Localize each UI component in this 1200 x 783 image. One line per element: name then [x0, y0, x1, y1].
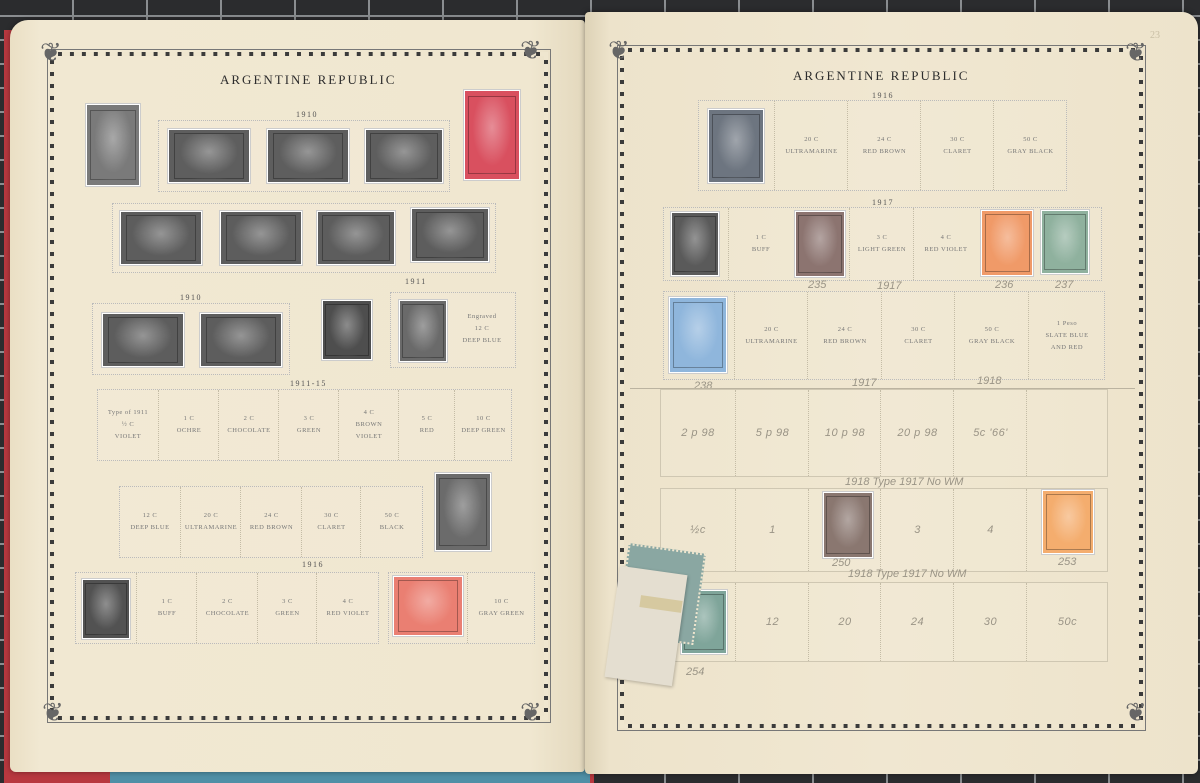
space-cell: 24 CRED BROWN — [847, 101, 921, 190]
space-label: Engraved — [468, 311, 497, 323]
stamp-50c — [200, 313, 282, 367]
space-cell: 24 CRED BROWN — [240, 487, 302, 557]
pencil-grid: 12 20 24 30 50c — [660, 582, 1108, 662]
space-cell: 10 CGRAY GREEN — [467, 573, 535, 643]
space-cell: 30 CCLARET — [881, 292, 955, 379]
space-color: DEEP BLUE — [462, 335, 501, 347]
stamp-sarmiento — [322, 300, 372, 360]
space-cell: 2 CCHOCOLATE — [196, 573, 258, 643]
space-cell: 30 CCLARET — [301, 487, 361, 557]
pencil-note: 1918 — [977, 375, 1001, 387]
space-cell: 10 CDEEP GREEN — [454, 390, 512, 460]
space-cell: 50 CGRAY BLACK — [954, 292, 1029, 379]
space-cell: 20 CULTRAMARINE — [774, 101, 848, 190]
ornament-icon: ❦ — [1125, 40, 1147, 66]
stamp-5c-orange-1918 — [1042, 490, 1094, 554]
stamp-12c-blue — [669, 297, 727, 373]
stamp-24c — [102, 313, 184, 367]
pencil-cell: 24 — [880, 583, 954, 661]
space-row: Type of 1911½ CVIOLET 1 COCHRE 2 CCHOCOL… — [97, 389, 512, 461]
space-cell: 1 CBUFF — [136, 573, 197, 643]
space-cell: 3 CGREEN — [278, 390, 339, 460]
space-cell: 1 CBUFF — [728, 208, 793, 280]
stamp-12c — [317, 211, 395, 265]
stamp-2c-1918 — [823, 492, 873, 558]
pencil-cell: 50c — [1026, 583, 1108, 661]
pencil-note: 235 — [808, 279, 826, 291]
space-value: 12 C — [475, 323, 489, 335]
pencil-cell: 3 — [880, 489, 954, 571]
stamp-10c-green — [1041, 210, 1089, 274]
pencil-cell: 20 — [808, 583, 881, 661]
space-cell: 30 CCLARET — [920, 101, 994, 190]
stamp-1c — [168, 129, 250, 183]
pencil-note: 237 — [1055, 279, 1073, 291]
year-heading: 1910 — [180, 293, 202, 302]
year-heading: 1911-15 — [290, 379, 327, 388]
space-cell: 50 CGRAY BLACK — [993, 101, 1067, 190]
pencil-note: 254 — [686, 666, 704, 678]
stamp-12c-san-martin — [708, 109, 764, 183]
stamp-5c-red — [393, 576, 463, 636]
pencil-cell: 5c '66' — [953, 390, 1027, 476]
space-cell: 4 CRED VIOLET — [316, 573, 379, 643]
ornament-icon: ❦ — [1125, 700, 1147, 726]
pencil-cell: 1 — [735, 489, 809, 571]
ornament-icon: ❦ — [520, 700, 542, 726]
pencil-note: 253 — [1058, 556, 1076, 568]
pencil-cell: 10 p 98 — [808, 390, 881, 476]
space-cell: 20 CULTRAMARINE — [734, 292, 808, 379]
pencil-cell: 4 — [953, 489, 1027, 571]
stamp-5c-orange — [981, 210, 1033, 276]
empty-space-12c-engraved: Engraved 12 C DEEP BLUE — [452, 292, 512, 366]
pencil-cell: 30 — [953, 583, 1027, 661]
space-cell: 2 CCHOCOLATE — [218, 390, 279, 460]
space-cell: 3 CLIGHT GREEN — [849, 208, 914, 280]
space-row: 12 CDEEP BLUE 20 CULTRAMARINE 24 CRED BR… — [119, 486, 423, 558]
pencil-cell: 20 p 98 — [880, 390, 954, 476]
ornament-icon: ❦ — [608, 38, 630, 64]
stamp-20c — [411, 208, 489, 262]
stamp-half-c — [671, 212, 719, 276]
stamp-2c — [267, 129, 349, 183]
stamp-4c — [120, 211, 202, 265]
stamp-10c — [220, 211, 302, 265]
ornament-icon: ❦ — [42, 700, 64, 726]
left-page-title: ARGENTINE REPUBLIC — [220, 72, 396, 88]
year-heading: 1917 — [872, 198, 894, 207]
stamp-1-peso — [435, 473, 491, 551]
space-cell: 4 CRED VIOLET — [913, 208, 978, 280]
stamp-monument — [86, 104, 140, 186]
space-cell: 3 CGREEN — [257, 573, 317, 643]
pencil-cell: 5 p 98 — [735, 390, 809, 476]
space-cell: 5 CRED — [398, 390, 455, 460]
right-page-title: ARGENTINE REPUBLIC — [793, 68, 969, 84]
pencil-cell: 2 p 98 — [661, 390, 735, 476]
stamp-red-portrait — [464, 90, 520, 180]
space-cell: Type of 1911½ CVIOLET — [98, 390, 158, 460]
pencil-grid: ½c 1 3 4 — [660, 488, 1108, 572]
year-heading: 1910 — [296, 110, 318, 119]
space-cell: 1 COCHRE — [158, 390, 219, 460]
space-cell: 4 CBROWNVIOLET — [338, 390, 399, 460]
pencil-note: 236 — [995, 279, 1013, 291]
stamp-plowman — [399, 300, 447, 362]
space-cell: 20 CULTRAMARINE — [180, 487, 241, 557]
pencil-cell — [1026, 390, 1108, 476]
pencil-heading: 1918 Type 1917 No WM — [848, 568, 966, 580]
pencil-heading: 1918 Type 1917 No WM — [845, 476, 963, 488]
year-heading: 1916 — [302, 560, 324, 569]
year-heading: 1916 — [872, 91, 894, 100]
stamp-1916-portrait — [82, 579, 130, 639]
space-cell: 12 CDEEP BLUE — [120, 487, 180, 557]
space-cell: 50 CBLACK — [360, 487, 423, 557]
page-number: 23 — [1150, 30, 1160, 41]
space-row: 20 CULTRAMARINE 24 CRED BROWN 30 CCLARET… — [663, 291, 1105, 380]
pencil-cell: 12 — [735, 583, 809, 661]
ornament-icon: ❦ — [520, 38, 542, 64]
space-cell: 24 CRED BROWN — [807, 292, 882, 379]
space-row: 1 CBUFF 3 CLIGHT GREEN 4 CRED VIOLET — [663, 207, 1102, 281]
space-cell: 1 PesoSLATE BLUEAND RED — [1028, 292, 1105, 379]
year-heading: 1911 — [405, 277, 427, 286]
pencil-grid: 2 p 98 5 p 98 10 p 98 20 p 98 5c '66' — [660, 389, 1108, 477]
ornament-icon: ❦ — [40, 40, 62, 66]
stamp-2c-cancelled — [795, 211, 845, 277]
stamp-3c — [365, 129, 443, 183]
